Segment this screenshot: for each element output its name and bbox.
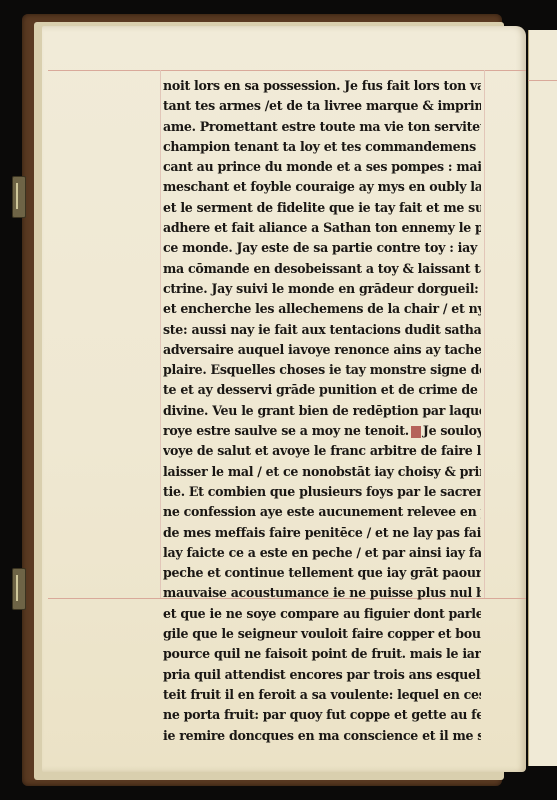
text-line: et encherche les allechemens de la chair… — [163, 299, 481, 319]
text-line: gile que le seigneur vouloit faire coppe… — [163, 624, 481, 644]
text-line: tie. Et combien que plusieurs foys par l… — [163, 482, 481, 502]
ruling-line-top — [48, 70, 526, 71]
text-line: adversaire auquel iavoye renonce ains ay… — [163, 340, 481, 360]
text-line: ma cōmande en desobeissant a toy & laiss… — [163, 259, 481, 279]
ruling-line-right — [484, 70, 485, 598]
ruling-line-left — [160, 70, 161, 598]
text-line: et le serment de fidelite que ie tay fai… — [163, 198, 481, 218]
text-line: cant au prince du monde et a ses pompes … — [163, 157, 481, 177]
text-line: pria quil attendist encores par trois an… — [163, 665, 481, 685]
text-line: pource quil ne faisoit point de fruit. m… — [163, 644, 481, 664]
text-line: adhere et fait aliance a Sathan ton enne… — [163, 218, 481, 238]
text-line: ste: aussi nay ie fait aux tentacions du… — [163, 320, 481, 340]
text-line: de mes meffais faire penitēce / et ne la… — [163, 523, 481, 543]
text-line: lay faicte ce a este en peche / et par a… — [163, 543, 481, 563]
text-segment: roye estre saulve se a moy ne tenoit. — [163, 423, 409, 438]
text-line: ie remire doncques en ma conscience et i… — [163, 726, 481, 746]
text-line: ne porta fruit: par quoy fut coppe et ge… — [163, 705, 481, 725]
ruling-line-next-page — [528, 80, 557, 81]
text-line: et que ie ne soye compare au figuier don… — [163, 604, 481, 624]
clasp-upper — [12, 176, 26, 218]
text-line-with-rubric: roye estre saulve se a moy ne tenoit.Je … — [163, 421, 481, 441]
text-line: plaire. Esquelles choses ie tay monstre … — [163, 360, 481, 380]
text-line: ame. Promettant estre toute ma vie ton s… — [163, 117, 481, 137]
text-line: teit fruit il en feroit a sa voulente: l… — [163, 685, 481, 705]
text-line: peche et continue tellement que iay grāt… — [163, 563, 481, 583]
text-line: ne confession aye este aucunement releve… — [163, 502, 481, 522]
text-line: ctrine. Jay suivi le monde en grādeur do… — [163, 279, 481, 299]
text-line: tant tes armes /et de ta livree marque &… — [163, 96, 481, 116]
text-block: noit lors en sa possession. Je fus fait … — [163, 76, 481, 746]
rubrication-mark-icon — [411, 426, 421, 438]
clasp-lower — [12, 568, 26, 610]
text-line: mauvaise acoustumance ie ne puisse plus … — [163, 583, 481, 603]
text-segment: Je souloye estre en — [423, 423, 481, 438]
next-page-edge — [528, 30, 557, 766]
text-line: noit lors en sa possession. Je fus fait … — [163, 76, 481, 96]
text-line: divine. Veu le grant bien de redēption p… — [163, 401, 481, 421]
text-line: voye de salut et avoye le franc arbitre … — [163, 441, 481, 461]
text-line: ce monde. Jay este de sa partie contre t… — [163, 238, 481, 258]
text-line: te et ay desservi grāde punition et de c… — [163, 380, 481, 400]
text-line: meschant et foyble couraige ay mys en ou… — [163, 177, 481, 197]
text-line: champion tenant ta loy et tes commandeme… — [163, 137, 481, 157]
text-line: laisser le mal / et ce nonobstāt iay cho… — [163, 462, 481, 482]
